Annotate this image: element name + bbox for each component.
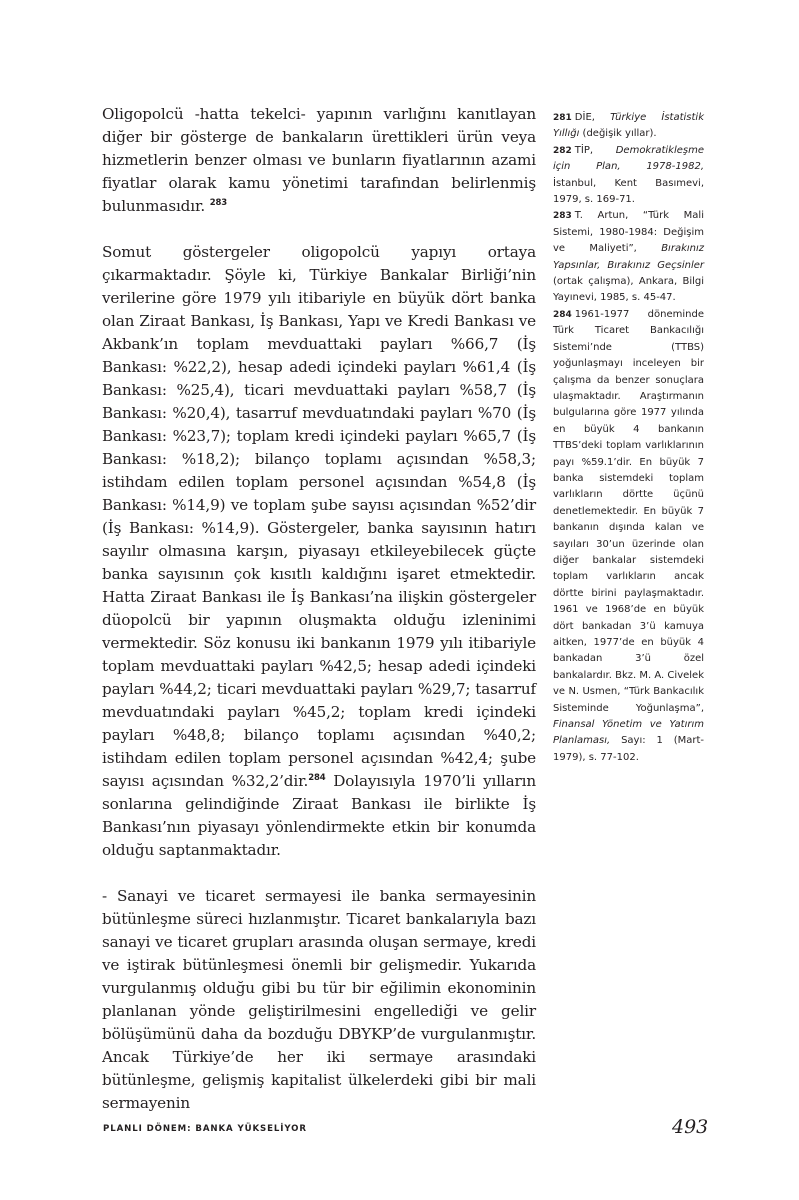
footnote-ref-283[interactable]: 283 bbox=[210, 198, 227, 208]
footnote-number: 284 bbox=[553, 310, 572, 320]
footnote-text: İstanbul, Kent Basımevi, 1979, s. 169-71… bbox=[553, 178, 704, 205]
footnote-ref-284[interactable]: 284 bbox=[308, 773, 325, 783]
footnote-281: 281DİE, Türkiye İstatistik Yıllığı (deği… bbox=[553, 110, 704, 143]
paragraph-2: Somut göstergeler oligopolcü yapıyı orta… bbox=[102, 241, 536, 862]
footnotes-sidebar: 281DİE, Türkiye İstatistik Yıllığı (deği… bbox=[553, 110, 704, 766]
footnote-283: 283T. Artun, “Türk Mali Sistemi, 1980-19… bbox=[553, 208, 704, 306]
footnote-text: (değişik yıllar). bbox=[579, 128, 656, 139]
footnote-text: (ortak çalışma), Ankara, Bilgi Yayınevi,… bbox=[553, 276, 704, 303]
paragraph-text: Oligopolcü -hatta tekelci- yapının varlı… bbox=[102, 105, 536, 215]
paragraph-text: - Sanayi ve ticaret sermayesi ile banka … bbox=[102, 887, 536, 1112]
footnote-number: 282 bbox=[553, 146, 572, 156]
page-number: 493 bbox=[672, 1116, 708, 1138]
footnote-number: 283 bbox=[553, 211, 572, 221]
paragraph-3: - Sanayi ve ticaret sermayesi ile banka … bbox=[102, 885, 536, 1115]
running-footer-title: PLANLI DÖNEM: BANKA YÜKSELİYOR bbox=[103, 1124, 307, 1134]
paragraph-text: Somut göstergeler oligopolcü yapıyı orta… bbox=[102, 243, 536, 790]
footnote-text: 1961-1977 döneminde Türk Ticaret Bankacı… bbox=[553, 309, 704, 714]
footnote-284: 2841961-1977 döneminde Türk Ticaret Bank… bbox=[553, 307, 704, 766]
footnote-text: TİP, bbox=[575, 145, 616, 156]
footnote-282: 282TİP, Demokratikleşme için Plan, 1978-… bbox=[553, 143, 704, 209]
main-text-column: Oligopolcü -hatta tekelci- yapının varlı… bbox=[102, 103, 536, 1115]
paragraph-1: Oligopolcü -hatta tekelci- yapının varlı… bbox=[102, 103, 536, 218]
footnote-text: DİE, bbox=[575, 112, 610, 123]
footnote-number: 281 bbox=[553, 113, 572, 123]
